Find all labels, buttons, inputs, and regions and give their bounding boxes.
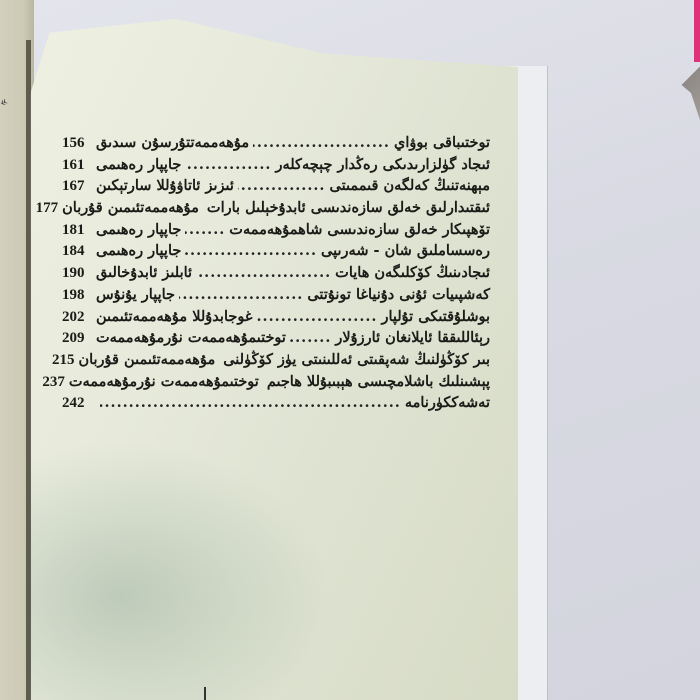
toc-title: رېئاللىققا ئايلانغان ئارزۇلار xyxy=(335,329,490,346)
toc-title: توختىباقى بوۋاي xyxy=(394,134,490,151)
toc-author: جاپپار رەھىمى xyxy=(96,156,181,173)
toc-title: تۆھپىكار خەلق سازەندىسى شاھمۇھەممەت xyxy=(229,221,490,238)
toc-author: توختىمۇھەممەت نۇرمۇھەممەت xyxy=(69,373,259,390)
toc-entry: رەسساملىق شان - شەرىپى .................… xyxy=(62,242,490,264)
leader-dots: ........................................… xyxy=(185,156,271,173)
toc-author: جاپپار رەھىمى xyxy=(96,221,181,238)
leader-dots: ........................................… xyxy=(179,286,303,303)
table-of-contents: توختىباقى بوۋاي ........................… xyxy=(62,134,490,416)
toc-author: مۇھەممەتئىمىن قۇربان xyxy=(62,199,199,216)
leader-dots: ........................................… xyxy=(256,308,377,325)
toc-title: كەشپىيات ئۇنى دۇنياغا تونۇتتى xyxy=(307,286,490,303)
toc-page-number: 198 xyxy=(62,287,92,304)
toc-title: رەسساملىق شان - شەرىپى xyxy=(321,242,490,259)
toc-title: تەشەككۈرنامە xyxy=(405,394,490,411)
facing-page-glyph: « xyxy=(0,94,10,110)
toc-entry: تەشەككۈرنامە ...........................… xyxy=(62,394,490,416)
leader-dots: ........................................… xyxy=(100,394,401,411)
toc-page-number: 156 xyxy=(62,135,92,152)
toc-entry: ئىقتىدارلىق خەلق سازەندىسى ئابدۇخېلىل با… xyxy=(62,199,490,221)
toc-entry: ئىجادىنىڭ كۆكلىگەن ھايات ...............… xyxy=(62,264,490,286)
leader-dots: ........................................… xyxy=(290,329,331,346)
toc-page-number: 237 xyxy=(42,374,65,391)
toc-title: ئىقتىدارلىق خەلق سازەندىسى ئابدۇخېلىل با… xyxy=(207,199,490,216)
leader-dots: ........................................… xyxy=(185,221,225,238)
toc-author: غوجابدۇللا مۇھەممەتئىمىن xyxy=(96,308,252,325)
toc-author: مۇھەممەتتۇرسۇن سىدىق xyxy=(96,134,249,151)
toc-page-number: 209 xyxy=(62,330,92,347)
pink-object-edge xyxy=(694,0,700,62)
toc-author: جاپپار يۇنۇس xyxy=(96,286,175,303)
toc-title: پېشىنلىك باشلامچىسى ھېبىبۇللا ھاجىم xyxy=(267,373,490,390)
toc-entry: توختىباقى بوۋاي ........................… xyxy=(62,134,490,156)
toc-title: بوشلۇقتىكى تۇلپار xyxy=(381,308,490,325)
toc-page-number: 190 xyxy=(62,265,92,282)
toc-title: ئىجادىنىڭ كۆكلىگەن ھايات xyxy=(335,264,490,281)
toc-author: مۇھەممەتئىمىن قۇربان xyxy=(78,351,215,368)
toc-author: توختىمۇھەممەت نۇرمۇھەممەت xyxy=(96,329,286,346)
toc-title: مېھنەتنىڭ كەلگەن قىممىتى xyxy=(329,177,490,194)
book-spine xyxy=(26,40,31,700)
toc-entry: تۆھپىكار خەلق سازەندىسى شاھمۇھەممەت ....… xyxy=(62,221,490,243)
toc-author: ئىزىز ئاتاۋۇللا سارتېكىن xyxy=(96,177,234,194)
toc-page-number: 202 xyxy=(62,309,92,326)
leader-dots: ........................................… xyxy=(238,177,326,194)
toc-author: جاپپار رەھىمى xyxy=(96,242,181,259)
page-shadow xyxy=(30,440,330,700)
leader-dots: ........................................… xyxy=(196,264,331,281)
toc-entry: ئىجاد گۈلزارىدىكى رەڭدار چېچەكلەر ......… xyxy=(62,156,490,178)
toc-page-number: 184 xyxy=(62,243,92,260)
toc-entry: رېئاللىققا ئايلانغان ئارزۇلار ..........… xyxy=(62,329,490,351)
toc-page-number: 167 xyxy=(62,178,92,195)
pencil-mark xyxy=(204,687,206,700)
toc-page-number: 177 xyxy=(36,200,59,217)
toc-entry: كەشپىيات ئۇنى دۇنياغا تونۇتتى ..........… xyxy=(62,286,490,308)
toc-page-number: 161 xyxy=(62,157,92,174)
toc-author: ئابلىز ئابدۇخالىق xyxy=(96,264,192,281)
toc-entry: بوشلۇقتىكى تۇلپار ......................… xyxy=(62,308,490,330)
toc-title: ئىجاد گۈلزارىدىكى رەڭدار چېچەكلەر xyxy=(275,156,490,173)
toc-title: بىر كۆڭۈلنىڭ شەپقىتى ئەللىنىتى يۈز كۆڭۈل… xyxy=(223,351,490,368)
toc-entry: مېھنەتنىڭ كەلگەن قىممىتى ...............… xyxy=(62,177,490,199)
leader-dots: ........................................… xyxy=(185,242,317,259)
toc-entry: بىر كۆڭۈلنىڭ شەپقىتى ئەللىنىتى يۈز كۆڭۈل… xyxy=(62,351,490,373)
toc-page-number: 181 xyxy=(62,222,92,239)
leader-dots: ........................................… xyxy=(253,134,390,151)
toc-entry: پېشىنلىك باشلامچىسى ھېبىبۇللا ھاجىم ....… xyxy=(62,373,490,395)
toc-page-number: 242 xyxy=(62,395,92,412)
toc-page-number: 215 xyxy=(52,352,75,369)
